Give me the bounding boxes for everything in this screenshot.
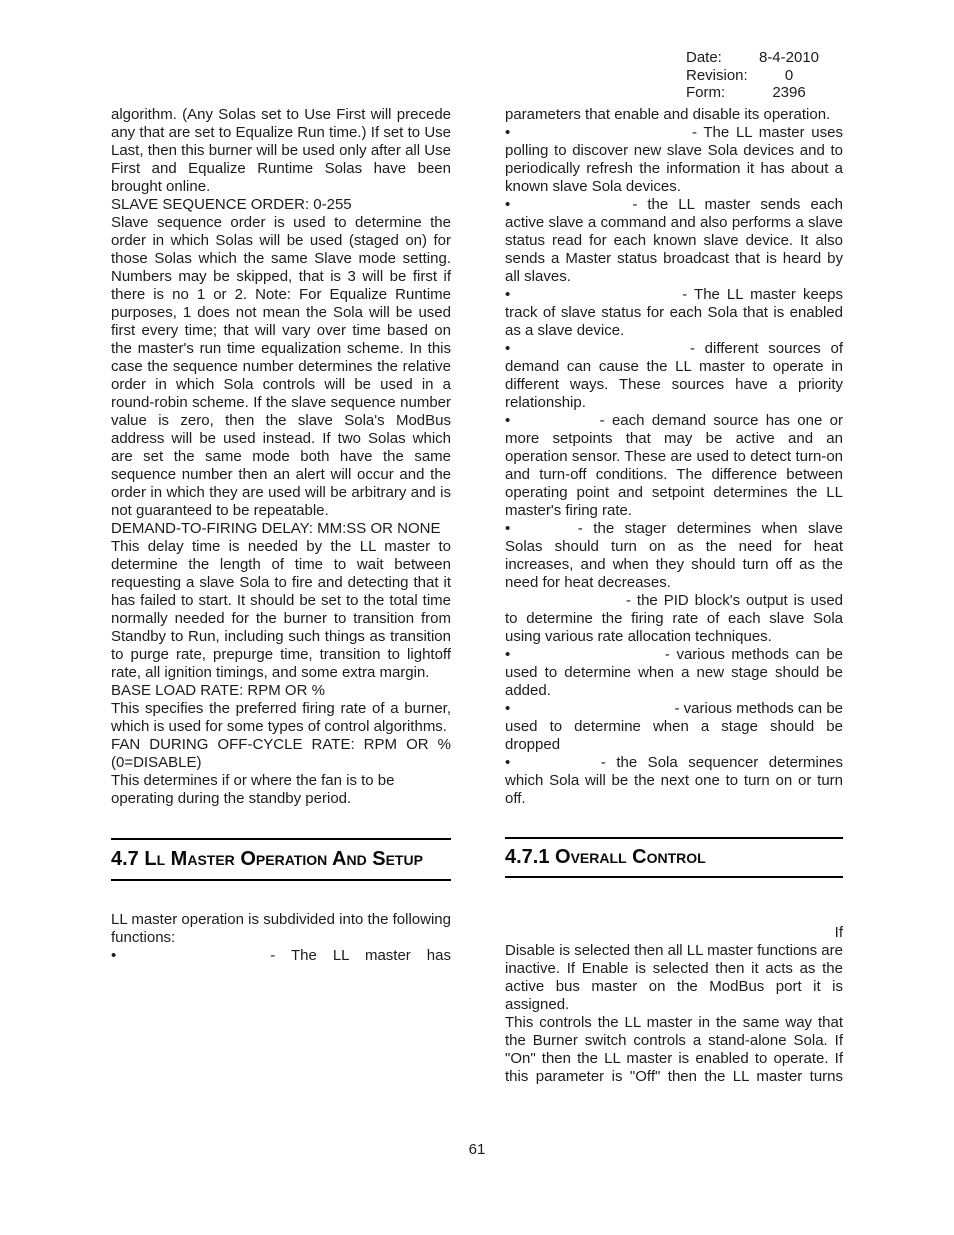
bullet-text: - different sources of demand can cause …	[505, 340, 843, 411]
section-heading-4-7: 4.7 Ll Master Operation And Setup	[111, 838, 451, 881]
bullet-glyph: •	[505, 412, 510, 429]
bullet-text: - various methods can be used to determi…	[505, 700, 843, 753]
bullet-glyph: •	[505, 124, 510, 141]
bullet-item: • - The LL master has	[111, 947, 451, 965]
redacted-term-spacer	[505, 936, 821, 937]
bullet-text: - the LL master sends each active slave …	[505, 196, 843, 285]
bullet-item: • - The LL master keeps track of slave s…	[505, 286, 843, 340]
redacted-term-spacer	[510, 766, 590, 767]
heading-slave-sequence-order: SLAVE SEQUENCE ORDER: 0-255	[111, 196, 451, 214]
paragraph-demand-to-firing: This delay time is needed by the LL mast…	[111, 538, 451, 682]
bullet-item: • - various methods can be used to deter…	[505, 646, 843, 700]
heading-demand-to-firing: DEMAND-TO-FIRING DELAY: MM:SS OR NONE	[111, 520, 451, 538]
bullet-text: - The LL master uses polling to discover…	[505, 124, 843, 195]
paragraph-overall-control-1: If Disable is selected then all LL maste…	[505, 924, 843, 1014]
document-header: Date: 8-4-2010 Revision: 0 Form: 2396	[686, 49, 820, 102]
paragraph-slave-sequence: Slave sequence order is used to determin…	[111, 214, 451, 520]
bullet-text: - The LL master keeps track of slave sta…	[505, 286, 843, 339]
bullet-text: - the PID block's output is used to dete…	[505, 592, 843, 645]
bullet-item: • - each demand source has one or more s…	[505, 412, 843, 520]
paragraph-base-load-rate: This specifies the preferred firing rate…	[111, 700, 451, 736]
bullet-item: - the PID block's output is used to dete…	[505, 592, 843, 646]
paragraph-ll-master-intro: LL master operation is subdivided into t…	[111, 911, 451, 947]
section-heading-4-7-1: 4.7.1 Overall Control	[505, 837, 843, 878]
bullet-glyph: •	[505, 340, 510, 357]
paragraph-overall-control-2: This controls the LL master in the same …	[505, 1014, 843, 1086]
bullet-item: • - The LL master uses polling to discov…	[505, 124, 843, 196]
redacted-term-spacer	[505, 604, 620, 605]
bullet-text: - the Sola sequencer determines which So…	[505, 754, 843, 807]
bullet-glyph: •	[505, 754, 510, 771]
bullet-item: • - the LL master sends each active slav…	[505, 196, 843, 286]
bullet-glyph: •	[505, 646, 510, 663]
bullet-glyph: •	[505, 286, 510, 303]
page-number: 61	[0, 1141, 954, 1159]
bullet-item: • - the stager determines when slave Sol…	[505, 520, 843, 592]
paragraph-text: If Disable is selected then all LL maste…	[505, 924, 843, 1013]
document-page: Date: 8-4-2010 Revision: 0 Form: 2396 al…	[0, 0, 954, 1235]
redacted-term-spacer	[510, 298, 675, 299]
bullet-glyph: •	[111, 947, 116, 964]
bullet-text: - The LL master has	[270, 947, 451, 964]
paragraph-continuation: parameters that enable and disable its o…	[505, 106, 843, 124]
redacted-term-spacer	[510, 712, 670, 713]
redacted-term-spacer	[510, 136, 685, 137]
header-label-date: Date:	[686, 49, 758, 67]
header-value-revision: 0	[758, 67, 820, 85]
redacted-term-spacer	[510, 658, 658, 659]
right-column: parameters that enable and disable its o…	[505, 106, 843, 1086]
header-value-date: 8-4-2010	[758, 49, 820, 67]
left-column: algorithm. (Any Solas set to Use First w…	[111, 106, 451, 965]
redacted-term-spacer	[510, 532, 567, 533]
redacted-term-spacer	[510, 208, 622, 209]
bullet-item: • - various methods can be used to deter…	[505, 700, 843, 754]
redacted-term-spacer	[510, 352, 680, 353]
header-label-revision: Revision:	[686, 67, 758, 85]
redacted-term-spacer	[116, 959, 254, 960]
header-value-form: 2396	[758, 84, 820, 102]
heading-base-load-rate: BASE LOAD RATE: RPM OR %	[111, 682, 451, 700]
bullet-text: - the stager determines when slave Solas…	[505, 520, 843, 591]
bullet-glyph: •	[505, 196, 510, 213]
bullet-item: • - different sources of demand can caus…	[505, 340, 843, 412]
header-label-form: Form:	[686, 84, 758, 102]
redacted-term-spacer	[510, 424, 592, 425]
bullet-glyph: •	[505, 520, 510, 537]
paragraph-fan-off-cycle: This determines if or where the fan is t…	[111, 772, 451, 808]
heading-fan-off-cycle: FAN DURING OFF-CYCLE RATE: RPM OR % (0=D…	[111, 736, 451, 772]
bullet-text: - each demand source has one or more set…	[505, 412, 843, 519]
bullet-text: - various methods can be used to determi…	[505, 646, 843, 699]
paragraph-algorithm: algorithm. (Any Solas set to Use First w…	[111, 106, 451, 196]
bullet-item: • - the Sola sequencer determines which …	[505, 754, 843, 808]
bullet-glyph: •	[505, 700, 510, 717]
